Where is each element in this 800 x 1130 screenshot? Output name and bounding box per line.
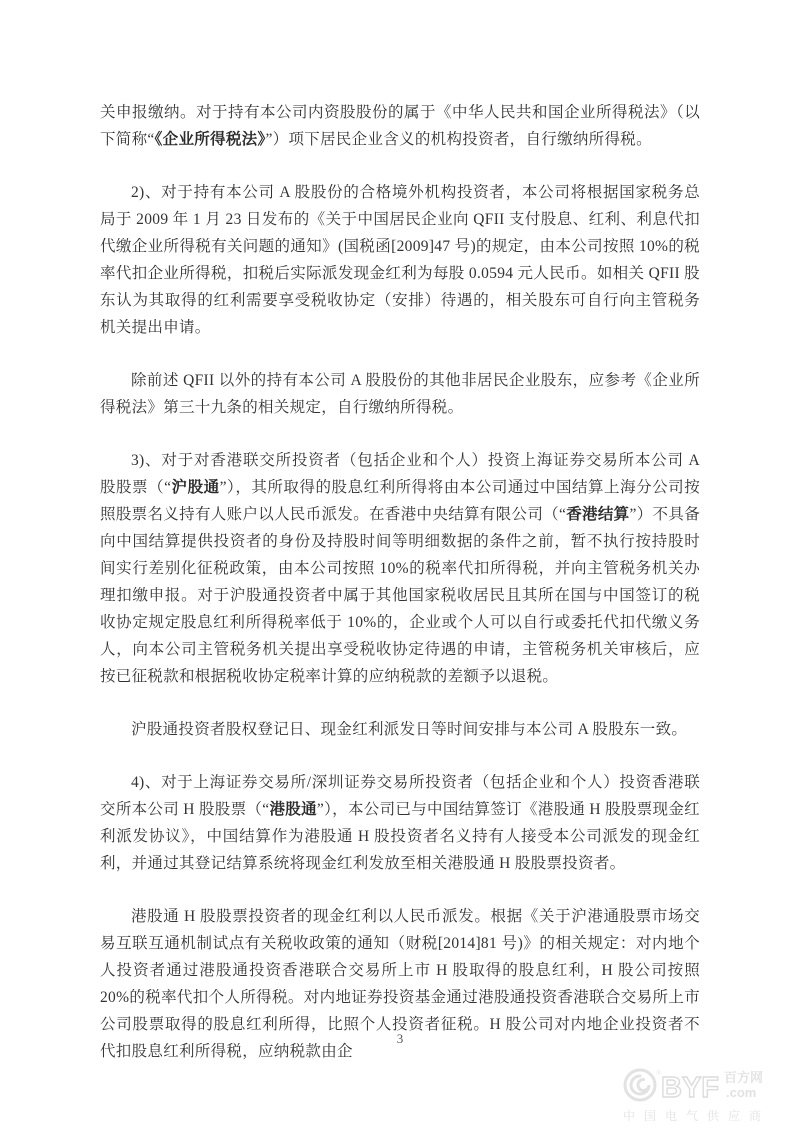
paragraph: 除前述 QFII 以外的持有本公司 A 股股份的其他非居民企业股东，应参考《企业… (100, 367, 700, 421)
spiral-circle-icon (625, 1070, 655, 1100)
paragraph: 沪股通投资者股权登记日、现金红利派发日等时间安排与本公司 A 股股东一致。 (100, 716, 700, 743)
bold-text-run: 港股通 (269, 801, 316, 818)
text-run: ”）不具备向中国结算提供投资者的身份及持股时间等明细数据的条件之前，暂不执行按持… (100, 506, 700, 685)
watermark-domain: .com (726, 1085, 756, 1100)
bold-text-run: 沪股通 (171, 479, 219, 496)
text-run: 除前述 QFII 以外的持有本公司 A 股股份的其他非居民企业股东，应参考《企业… (100, 372, 700, 416)
bold-text-run: 香港结算 (566, 506, 629, 523)
paragraph: 2)、对于持有本公司 A 股股份的合格境外机构投资者，本公司将根据国家税务总局于… (100, 179, 700, 341)
watermark-graphic: ® BYF 百方网 .com 中国电气供应商 (620, 1064, 778, 1124)
text-run: ”）项下居民企业含义的机构投资者，自行缴纳所得税。 (266, 131, 652, 148)
watermark-tagline: 中国电气供应商 (623, 1108, 770, 1123)
watermark-brand: BYF (661, 1072, 719, 1104)
bold-text-run: 《企业所得税法》 (155, 131, 266, 148)
paragraph: 3)、对于对香港联交所投资者（包括企业和个人）投资上海证券交易所本公司 A 股股… (100, 447, 700, 690)
paragraph: 关申报缴纳。对于持有本公司内资股股份的属于《中华人民共和国企业所得税法》（以下简… (100, 99, 700, 153)
document-page: 关申报缴纳。对于持有本公司内资股股份的属于《中华人民共和国企业所得税法》（以下简… (0, 0, 800, 1130)
paragraph: 4)、对于上海证券交易所/深圳证券交易所投资者（包括企业和个人）投资香港联交所本… (100, 769, 700, 877)
text-run: 沪股通投资者股权登记日、现金红利派发日等时间安排与本公司 A 股股东一致。 (131, 721, 687, 738)
watermark: ® BYF 百方网 .com 中国电气供应商 (620, 1064, 778, 1124)
page-number: 3 (0, 1031, 800, 1047)
document-body: 关申报缴纳。对于持有本公司内资股股份的属于《中华人民共和国企业所得税法》（以下简… (100, 99, 700, 1091)
text-run: 2)、对于持有本公司 A 股股份的合格境外机构投资者，本公司将根据国家税务总局于… (100, 184, 700, 336)
watermark-site-name: 百方网 (724, 1070, 763, 1085)
